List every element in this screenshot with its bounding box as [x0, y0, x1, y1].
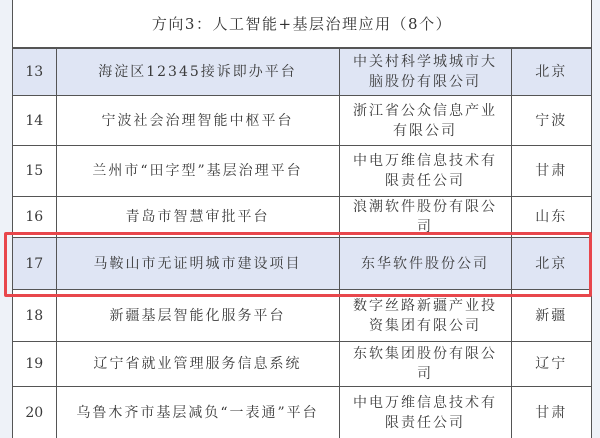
company-name: 浪潮软件股份有限公司 [339, 197, 511, 238]
table-row: 19 辽宁省就业管理服务信息系统 东软集团股份有限公司 辽宁 [13, 342, 591, 387]
project-name: 海淀区12345接诉即办平台 [56, 49, 339, 96]
project-name: 乌鲁木齐市基层减负“一表通”平台 [56, 387, 339, 438]
row-number: 20 [13, 387, 56, 438]
table-row: 18 新疆基层智能化服务平台 数字丝路新疆产业投资集团有限公司 新疆 [13, 290, 591, 342]
table-row: 16 青岛市智慧审批平台 浪潮软件股份有限公司 山东 [13, 197, 591, 238]
row-number: 18 [13, 290, 56, 342]
region: 宁波 [511, 96, 591, 146]
company-name: 东软集团股份有限公司 [339, 342, 511, 387]
table-row-highlighted: 17 马鞍山市无证明城市建设项目 东华软件股份公司 北京 [13, 238, 591, 290]
table-row: 15 兰州市“田字型”基层治理平台 中电万维信息技术有限责任公司 甘肃 [13, 146, 591, 197]
region: 甘肃 [511, 387, 591, 438]
row-number: 13 [13, 49, 56, 96]
company-name: 中电万维信息技术有限责任公司 [339, 146, 511, 197]
table-row: 20 乌鲁木齐市基层减负“一表通”平台 中电万维信息技术有限责任公司 甘肃 [13, 387, 591, 438]
region: 北京 [511, 49, 591, 96]
row-number: 15 [13, 146, 56, 197]
project-name: 兰州市“田字型”基层治理平台 [56, 146, 339, 197]
row-number: 14 [13, 96, 56, 146]
company-name: 浙江省公众信息产业有限公司 [339, 96, 511, 146]
region: 辽宁 [511, 342, 591, 387]
region: 山东 [511, 197, 591, 238]
project-name: 辽宁省就业管理服务信息系统 [56, 342, 339, 387]
company-name: 中电万维信息技术有限责任公司 [339, 387, 511, 438]
region: 新疆 [511, 290, 591, 342]
section-title: 方向3：人工智能+基层治理应用（8个） [13, 0, 591, 48]
projects-table: 13 海淀区12345接诉即办平台 中关村科学城城市大脑股份有限公司 北京 14… [13, 48, 591, 438]
document-page: 方向3：人工智能+基层治理应用（8个） 13 海淀区12345接诉即办平台 中关… [12, 0, 592, 438]
row-number: 19 [13, 342, 56, 387]
row-number: 16 [13, 197, 56, 238]
project-name: 马鞍山市无证明城市建设项目 [56, 238, 339, 290]
row-number: 17 [13, 238, 56, 290]
project-name: 宁波社会治理智能中枢平台 [56, 96, 339, 146]
region: 甘肃 [511, 146, 591, 197]
company-name: 中关村科学城城市大脑股份有限公司 [339, 49, 511, 96]
project-name: 新疆基层智能化服务平台 [56, 290, 339, 342]
table-row: 13 海淀区12345接诉即办平台 中关村科学城城市大脑股份有限公司 北京 [13, 49, 591, 96]
table-row: 14 宁波社会治理智能中枢平台 浙江省公众信息产业有限公司 宁波 [13, 96, 591, 146]
company-name: 东华软件股份公司 [339, 238, 511, 290]
region: 北京 [511, 238, 591, 290]
company-name: 数字丝路新疆产业投资集团有限公司 [339, 290, 511, 342]
project-name: 青岛市智慧审批平台 [56, 197, 339, 238]
